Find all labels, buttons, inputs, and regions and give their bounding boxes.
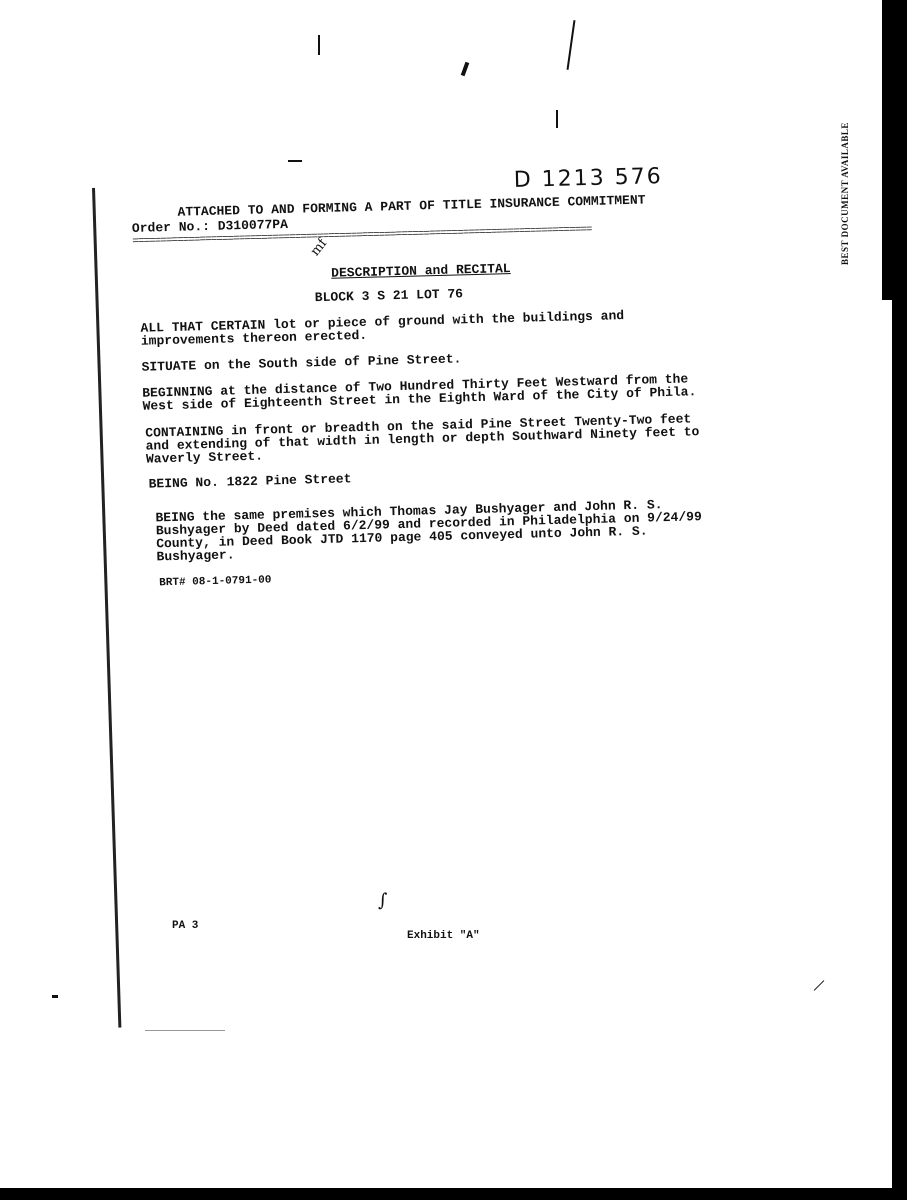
scan-speck (52, 995, 58, 998)
block-lot: BLOCK 3 S 21 LOT 76 (315, 287, 464, 304)
best-document-note: BEST DOCUMENT AVAILABLE (840, 122, 850, 265)
scanned-page: BEST DOCUMENT AVAILABLE D 1213 576 ATTAC… (0, 0, 907, 1200)
para-being-same-l4: Bushyager. (156, 548, 234, 563)
scan-speck (288, 160, 302, 162)
para-situate: SITUATE on the South side of Pine Street… (141, 352, 461, 373)
brt-number: BRT# 08-1-0791-00 (159, 574, 272, 590)
page-label: PA 3 (172, 920, 198, 932)
scan-speck (814, 980, 825, 991)
exhibit-label: Exhibit "A" (407, 930, 480, 942)
recording-stamp-number: D 1213 576 (514, 164, 664, 193)
header-line: ATTACHED TO AND FORMING A PART OF TITLE … (177, 193, 645, 218)
document-title: DESCRIPTION and RECITAL (331, 262, 511, 280)
signature-mark: ∫ (378, 890, 387, 911)
scan-edge (892, 300, 907, 1200)
scan-speck (556, 110, 558, 128)
scan-edge (0, 1188, 907, 1200)
scan-speck (461, 62, 470, 77)
para-containing-l3: Waverly Street. (146, 450, 263, 466)
scan-speck (145, 1030, 225, 1031)
para-being-no: BEING No. 1822 Pine Street (148, 472, 351, 490)
scan-speck (318, 35, 320, 55)
scan-speck (567, 20, 576, 70)
left-margin-line (92, 188, 121, 1028)
scan-edge (882, 0, 907, 300)
document-body: D 1213 576 ATTACHED TO AND FORMING A PAR… (0, 0, 901, 3)
